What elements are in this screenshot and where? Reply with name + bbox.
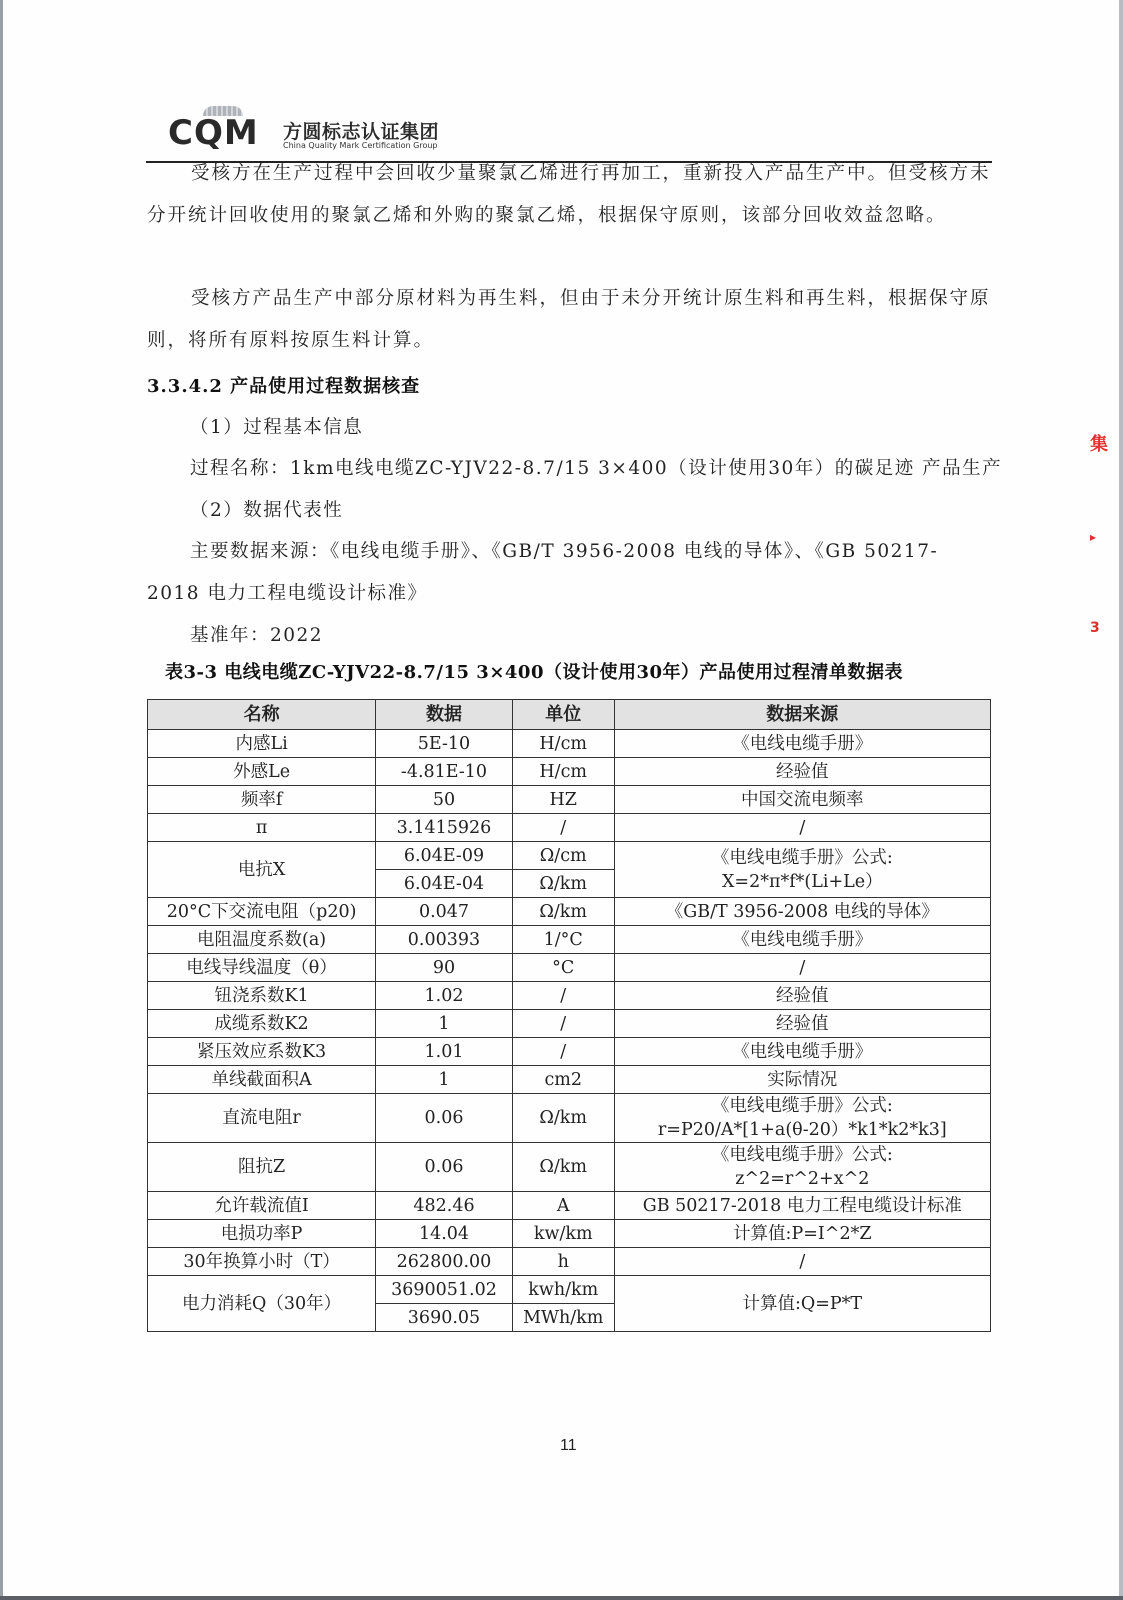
table-row: 电损功率P 14.04 kw/km 计算值:P=I^2*Z: [148, 1220, 991, 1248]
page-header: CQM 方圆标志认证集团 China Quality Mark Certific…: [165, 100, 1005, 160]
cell-name: 外感Le: [148, 758, 376, 786]
cell-unit: MWh/km: [512, 1304, 614, 1332]
table-row: 20°C下交流电阻（p20) 0.047 Ω/km 《GB/T 3956-200…: [148, 898, 991, 926]
cell-name: 电抗X: [148, 842, 376, 898]
column-header-value: 数据: [376, 700, 513, 730]
cell-value: 90: [376, 954, 513, 982]
cell-unit: HZ: [512, 786, 614, 814]
cell-unit: H/cm: [512, 758, 614, 786]
cell-value: 482.46: [376, 1192, 513, 1220]
table-row: 电力消耗Q（30年） 3690051.02 kwh/km 计算值:Q=P*T: [148, 1276, 991, 1304]
cell-value: 0.00393: [376, 926, 513, 954]
cell-value: 3.1415926: [376, 814, 513, 842]
data-source-line2: 2018 电力工程电缆设计标准》: [147, 579, 427, 605]
cell-unit: Ω/km: [512, 898, 614, 926]
cell-unit: Ω/km: [512, 1143, 614, 1192]
cell-name: 内感Li: [148, 730, 376, 758]
table-row: 30年换算小时（T） 262800.00 h /: [148, 1248, 991, 1276]
cell-name: 直流电阻r: [148, 1094, 376, 1143]
cell-value: 1: [376, 1066, 513, 1094]
cell-unit: kw/km: [512, 1220, 614, 1248]
cell-source: 实际情况: [614, 1066, 990, 1094]
cell-name: 紧压效应系数K3: [148, 1038, 376, 1066]
section-heading: 3.3.4.2 产品使用过程数据核查: [147, 372, 420, 398]
cell-source: 计算值:P=I^2*Z: [614, 1220, 990, 1248]
page-number: 11: [560, 1437, 577, 1455]
seal-stamp-mark: ▸: [1090, 530, 1096, 544]
cell-name: 30年换算小时（T）: [148, 1248, 376, 1276]
process-name: 过程名称：1km电线电缆ZC-YJV22-8.7/15 3×400（设计使用30…: [190, 454, 1002, 480]
cell-name: 阻抗Z: [148, 1143, 376, 1192]
cell-source: 经验值: [614, 758, 990, 786]
cell-name: 电损功率P: [148, 1220, 376, 1248]
cell-value: -4.81E-10: [376, 758, 513, 786]
cell-source: /: [614, 954, 990, 982]
cell-unit: Ω/km: [512, 870, 614, 898]
cell-value: 0.047: [376, 898, 513, 926]
cell-unit: H/cm: [512, 730, 614, 758]
cell-name: 钮浇系数K1: [148, 982, 376, 1010]
table-row: 紧压效应系数K3 1.01 / 《电线电缆手册》: [148, 1038, 991, 1066]
cell-name: 电阻温度系数(a): [148, 926, 376, 954]
cell-source: GB 50217-2018 电力工程电缆设计标准: [614, 1192, 990, 1220]
table-row: π 3.1415926 / /: [148, 814, 991, 842]
cell-value: 14.04: [376, 1220, 513, 1248]
cell-name: 频率f: [148, 786, 376, 814]
cell-source: 《电线电缆手册》: [614, 926, 990, 954]
cell-unit: kwh/km: [512, 1276, 614, 1304]
cell-unit: /: [512, 1038, 614, 1066]
logo-company-name-en: China Quality Mark Certification Group: [283, 141, 438, 150]
cell-name: 电线导线温度（θ）: [148, 954, 376, 982]
cell-unit: Ω/km: [512, 1094, 614, 1143]
cell-source: 《电线电缆手册》公式: z^2=r^2+x^2: [614, 1143, 990, 1192]
cell-unit: /: [512, 1010, 614, 1038]
table-row: 单线截面积A 1 cm2 实际情况: [148, 1066, 991, 1094]
cell-unit: h: [512, 1248, 614, 1276]
subheading-data-representativeness: （2）数据代表性: [190, 496, 343, 522]
source-line: 《电线电缆手册》公式:: [615, 846, 990, 870]
page-edge-left: [0, 0, 3, 1600]
source-formula: r=P20/A*[1+a(θ-20）*k1*k2*k3]: [615, 1118, 990, 1142]
cell-unit: Ω/cm: [512, 842, 614, 870]
table-header-row: 名称 数据 单位 数据来源: [148, 700, 991, 730]
table-caption: 表3-3 电线电缆ZC-YJV22-8.7/15 3×400（设计使用30年）产…: [165, 658, 903, 684]
column-header-source: 数据来源: [614, 700, 990, 730]
cell-source: 经验值: [614, 982, 990, 1010]
table-row: 电抗X 6.04E-09 Ω/cm 《电线电缆手册》公式: X=2*π*f*(L…: [148, 842, 991, 870]
subheading-basic-info: （1）过程基本信息: [190, 413, 363, 439]
cell-name: 单线截面积A: [148, 1066, 376, 1094]
cell-unit: /: [512, 814, 614, 842]
logo-company-name: 方圆标志认证集团: [283, 117, 439, 144]
cell-unit: /: [512, 982, 614, 1010]
cell-unit: cm2: [512, 1066, 614, 1094]
table-row: 频率f 50 HZ 中国交流电频率: [148, 786, 991, 814]
cell-source: 计算值:Q=P*T: [614, 1276, 990, 1332]
table-row: 内感Li 5E-10 H/cm 《电线电缆手册》: [148, 730, 991, 758]
data-source-line1: 主要数据来源：《电线电缆手册》、《GB/T 3956-2008 电线的导体》、《…: [190, 537, 938, 563]
cell-value: 3690.05: [376, 1304, 513, 1332]
cell-unit: A: [512, 1192, 614, 1220]
table-row: 外感Le -4.81E-10 H/cm 经验值: [148, 758, 991, 786]
cell-value: 3690051.02: [376, 1276, 513, 1304]
paragraph-recycling: 受核方在生产过程中会回收少量聚氯乙烯进行再加工，重新投入产品生产中。但受核方未分…: [147, 153, 992, 237]
logo-mark: CQM: [168, 113, 259, 153]
base-year: 基准年：2022: [190, 621, 323, 647]
cell-source: 《电线电缆手册》: [614, 1038, 990, 1066]
source-line: 《电线电缆手册》公式:: [615, 1094, 990, 1118]
column-header-name: 名称: [148, 700, 376, 730]
column-header-unit: 单位: [512, 700, 614, 730]
cell-name: 成缆系数K2: [148, 1010, 376, 1038]
cell-unit: 1/°C: [512, 926, 614, 954]
cell-value: 1: [376, 1010, 513, 1038]
cell-source: 《电线电缆手册》公式: r=P20/A*[1+a(θ-20）*k1*k2*k3]: [614, 1094, 990, 1143]
source-line: 《电线电缆手册》公式:: [615, 1143, 990, 1167]
cell-unit: °C: [512, 954, 614, 982]
seal-stamp-fragment-2: 3: [1090, 620, 1100, 636]
cell-name: 电力消耗Q（30年）: [148, 1276, 376, 1332]
inventory-table: 名称 数据 单位 数据来源 内感Li 5E-10 H/cm 《电线电缆手册》 外…: [147, 699, 991, 1332]
table-row: 允许载流值I 482.46 A GB 50217-2018 电力工程电缆设计标准: [148, 1192, 991, 1220]
table-row: 阻抗Z 0.06 Ω/km 《电线电缆手册》公式: z^2=r^2+x^2: [148, 1143, 991, 1192]
cell-name: 20°C下交流电阻（p20): [148, 898, 376, 926]
cell-source: /: [614, 814, 990, 842]
cell-value: 0.06: [376, 1143, 513, 1192]
cell-value: 0.06: [376, 1094, 513, 1143]
table-row: 钮浇系数K1 1.02 / 经验值: [148, 982, 991, 1010]
source-formula: X=2*π*f*(Li+Le）: [615, 870, 990, 894]
cell-source: 中国交流电频率: [614, 786, 990, 814]
page-edge-right: [1119, 0, 1123, 1600]
cell-source: 《电线电缆手册》公式: X=2*π*f*(Li+Le）: [614, 842, 990, 898]
cell-value: 6.04E-09: [376, 842, 513, 870]
cell-source: 《GB/T 3956-2008 电线的导体》: [614, 898, 990, 926]
cell-value: 5E-10: [376, 730, 513, 758]
paragraph-raw-material: 受核方产品生产中部分原材料为再生料，但由于未分开统计原生料和再生料，根据保守原则…: [147, 278, 992, 362]
cell-value: 262800.00: [376, 1248, 513, 1276]
cell-value: 50: [376, 786, 513, 814]
cell-source: 《电线电缆手册》: [614, 730, 990, 758]
cell-name: 允许载流值I: [148, 1192, 376, 1220]
cell-value: 1.01: [376, 1038, 513, 1066]
seal-stamp-fragment: 集: [1090, 430, 1108, 456]
table-row: 直流电阻r 0.06 Ω/km 《电线电缆手册》公式: r=P20/A*[1+a…: [148, 1094, 991, 1143]
table-row: 电线导线温度（θ） 90 °C /: [148, 954, 991, 982]
source-formula: z^2=r^2+x^2: [615, 1167, 990, 1191]
cell-value: 6.04E-04: [376, 870, 513, 898]
cell-name: π: [148, 814, 376, 842]
cell-value: 1.02: [376, 982, 513, 1010]
cell-source: /: [614, 1248, 990, 1276]
table-row: 电阻温度系数(a) 0.00393 1/°C 《电线电缆手册》: [148, 926, 991, 954]
cell-source: 经验值: [614, 1010, 990, 1038]
table-row: 成缆系数K2 1 / 经验值: [148, 1010, 991, 1038]
page-edge-bottom: [0, 1596, 1123, 1600]
